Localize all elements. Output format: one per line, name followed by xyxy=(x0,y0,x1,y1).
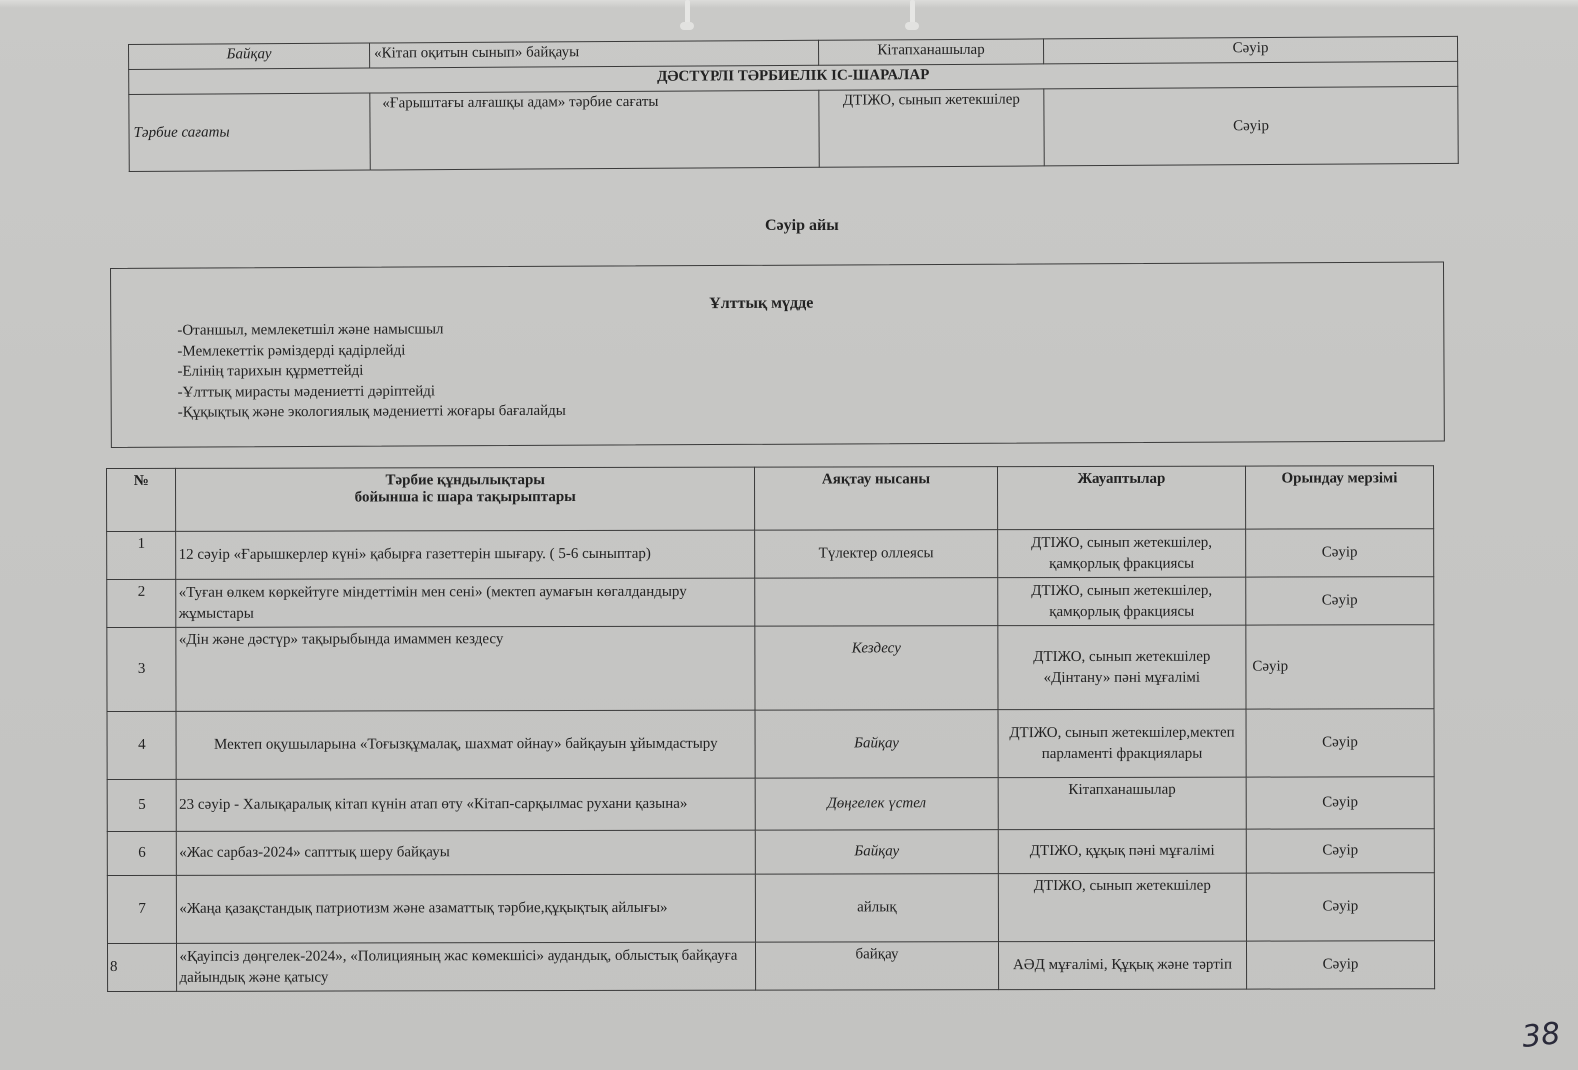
header-date: Орындау мерзімі xyxy=(1245,466,1433,529)
page-top-edge xyxy=(0,0,1578,8)
row-form: айлық xyxy=(755,874,998,943)
header-topic-line2: бойынша іс шара тақырыптары xyxy=(181,489,751,507)
row-responsible: Кітапханашылар xyxy=(998,777,1246,830)
form-cell: Байқау xyxy=(129,43,370,69)
row-topic: 12 сәуір «Ғарышкерлер күні» қабырға газе… xyxy=(176,530,755,579)
header-responsible: Жауаптылар xyxy=(997,466,1245,530)
date-cell: Сәуір xyxy=(1044,86,1458,166)
table-row: 6 «Жас сарбаз-2024» сапттық шеру байқауы… xyxy=(107,829,1434,876)
row-responsible: ДТІЖО, құқық пәні мұғалімі xyxy=(998,829,1246,874)
table-row: 8 «Қауіпсіз дөңгелек-2024», «Полицияның … xyxy=(107,941,1434,992)
binder-clip-left xyxy=(680,0,694,32)
row-form: Түлектер оллеясы xyxy=(755,530,998,579)
row-date: Сәуір xyxy=(1246,777,1434,829)
row-responsible: ДТІЖО, сынып жетекшілер «Дінтану» пәні м… xyxy=(998,625,1246,710)
values-title: Ұлттық мүдде xyxy=(709,295,813,314)
header-form: Аяқтау нысаны xyxy=(754,467,997,531)
table-header-row: № Тәрбие құндылықтары бойынша іс шара та… xyxy=(107,466,1434,532)
topic-cell: «Кітап оқитын сынып» байқауы xyxy=(369,40,818,68)
row-topic: «Жаңа қазақстандық патриотизм және азама… xyxy=(177,874,756,943)
row-topic: «Қауіпсіз дөңгелек-2024», «Полицияның жа… xyxy=(177,942,756,991)
form-cell: Тәрбие сағаты xyxy=(129,93,370,171)
table-row: 5 23 сәуір - Халықаралық кітап күнін ата… xyxy=(107,777,1434,832)
row-responsible: ДТІЖО, сынып жетекшілер xyxy=(998,873,1246,942)
row-form: Байқау xyxy=(755,710,998,779)
row-responsible: ДТІЖО, сынып жетекшілер, қамқорлық фракц… xyxy=(998,529,1246,578)
top-events-table: Байқау «Кітап оқитын сынып» байқауы Кіта… xyxy=(128,36,1459,172)
row-number: 5 xyxy=(107,779,177,831)
row-form: Дөңгелек үстел xyxy=(755,778,998,831)
row-number: 1 xyxy=(107,531,177,579)
values-list-item: -Құқықтық және экологиялық мәдениетті жо… xyxy=(178,401,566,423)
row-responsible: ДТІЖО, сынып жетекшілер,мектеп парламент… xyxy=(998,709,1246,778)
values-list-item: -Мемлекеттік рәміздерді қадірлейді xyxy=(177,339,565,361)
binder-clip-right xyxy=(905,0,919,32)
handwritten-page-number: 38 xyxy=(1520,1016,1562,1055)
row-date: Сәуір xyxy=(1246,529,1434,577)
month-title: Сәуір айы xyxy=(765,217,839,235)
row-number: 3 xyxy=(107,627,177,711)
row-responsible: ДТІЖО, сынып жетекшілер, қамқорлық фракц… xyxy=(998,577,1246,626)
table-row: 4 Мектеп оқушыларына «Тоғызқұмалақ, шахм… xyxy=(107,709,1434,780)
values-list: -Отаншыл, мемлекетшіл және намысшыл -Мем… xyxy=(177,319,566,423)
table-row: 7 «Жаңа қазақстандық патриотизм және аза… xyxy=(107,873,1434,944)
topic-cell: «Ғарыштағы алғашқы адам» тәрбие сағаты xyxy=(370,90,819,170)
header-topic-line1: Тәрбие құндылықтары xyxy=(180,472,750,490)
row-topic: 23 сәуір - Халықаралық кітап күнін атап … xyxy=(177,778,756,831)
table-row: 3 «Дін және дәстүр» тақырыбында имаммен … xyxy=(107,625,1434,712)
row-form xyxy=(755,578,998,627)
row-date: Сәуір xyxy=(1246,625,1434,709)
values-list-item: -Елінің тарихын құрметтейді xyxy=(177,360,565,382)
responsible-cell: ДТІЖО, сынып жетекшілер xyxy=(819,89,1044,167)
row-number: 8 xyxy=(107,943,177,991)
row-responsible: АӘД мұғалімі, Құқық және тәртіп xyxy=(998,941,1246,990)
table-row: 2 «Туған өлкем көркейтуге міндеттімін ме… xyxy=(107,577,1434,628)
values-list-item: -Отаншыл, мемлекетшіл және намысшыл xyxy=(177,319,565,341)
main-events-table: № Тәрбие құндылықтары бойынша іс шара та… xyxy=(106,465,1435,992)
row-form: байқау xyxy=(755,942,998,991)
row-topic: «Жас сарбаз-2024» сапттық шеру байқауы xyxy=(177,830,756,875)
date-cell: Сәуір xyxy=(1043,36,1457,64)
table-row: Тәрбие сағаты «Ғарыштағы алғашқы адам» т… xyxy=(129,86,1458,171)
row-number: 6 xyxy=(107,831,177,875)
row-form: Байқау xyxy=(755,830,998,875)
row-form: Кездесу xyxy=(755,626,998,711)
row-date: Сәуір xyxy=(1246,577,1434,625)
header-no: № xyxy=(107,468,177,531)
table-row: 1 12 сәуір «Ғарышкерлер күні» қабырға га… xyxy=(107,529,1434,580)
row-number: 7 xyxy=(107,875,177,943)
row-date: Сәуір xyxy=(1246,873,1434,941)
row-topic: Мектеп оқушыларына «Тоғызқұмалақ, шахмат… xyxy=(176,710,755,779)
header-topic: Тәрбие құндылықтары бойынша іс шара тақы… xyxy=(176,467,755,531)
row-number: 2 xyxy=(107,579,177,627)
row-topic: «Туған өлкем көркейтуге міндеттімін мен … xyxy=(176,578,755,627)
values-list-item: -Ұлттық мирасты мәдениетті дәріптейді xyxy=(178,380,566,402)
values-box: Ұлттық мүдде -Отаншыл, мемлекетшіл және … xyxy=(110,261,1445,448)
responsible-cell: Кітапханашылар xyxy=(818,39,1043,65)
row-number: 4 xyxy=(107,711,177,779)
row-date: Сәуір xyxy=(1246,709,1434,777)
row-topic: «Дін және дәстүр» тақырыбында имаммен ке… xyxy=(176,626,755,711)
row-date: Сәуір xyxy=(1246,941,1434,989)
row-date: Сәуір xyxy=(1246,829,1434,873)
